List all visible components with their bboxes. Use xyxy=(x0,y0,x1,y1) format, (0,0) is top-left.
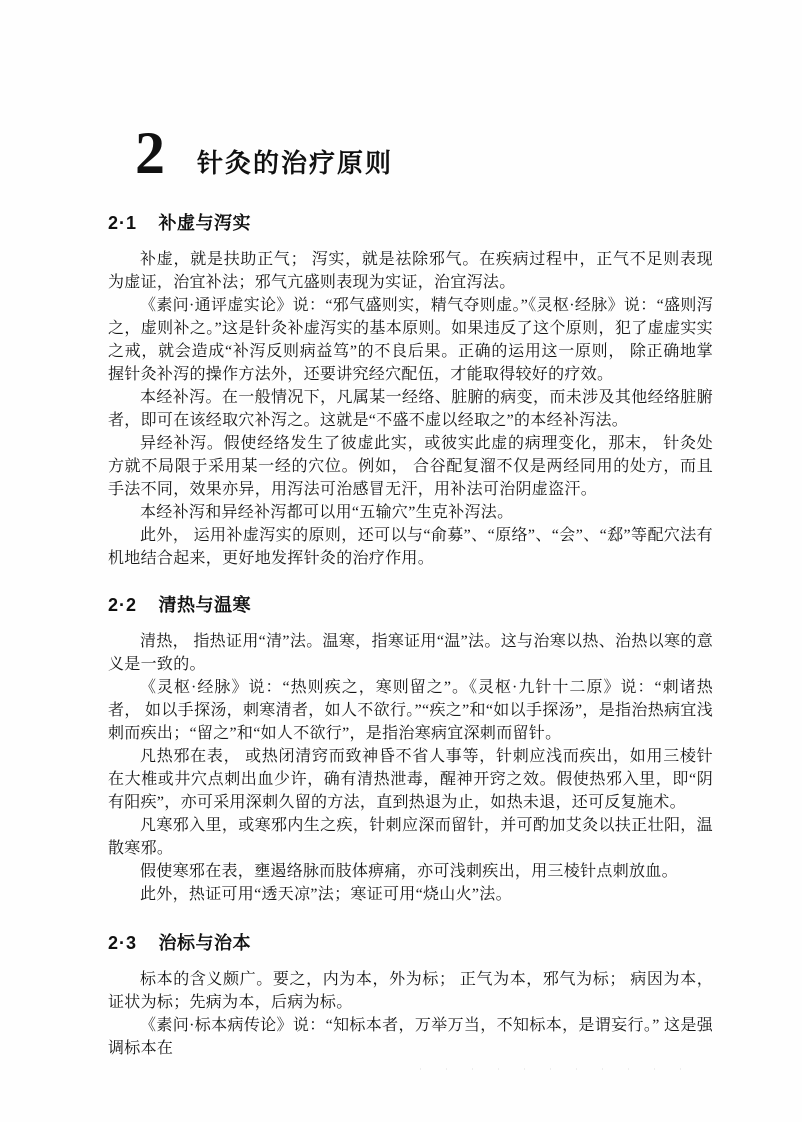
paragraph: 本经补泻。在一般情况下，凡属某一经络、脏腑的病变，而未涉及其他经络脏腑者，即可在… xyxy=(108,386,713,432)
section-qingre-wenhan: 2·2 清热与温寒 清热， 指热证用“清”法。温寒，指寒证用“温”法。这与治寒以… xyxy=(108,594,713,906)
paragraph: 此外， 运用补虚泻实的原则，还可以与“俞募”、“原络”、“会”、“郄”等配穴法有… xyxy=(108,524,713,570)
section-number: 2·3 xyxy=(108,932,137,954)
paragraph: 《素问·通评虚实论》说：“邪气盛则实，精气夺则虚。”《灵枢·经脉》说：“盛则泻之… xyxy=(108,294,713,386)
section-zhibiao-zhiben: 2·3 治标与治本 标本的含义颇广。要之，内为本，外为标； 正气为本，邪气为标；… xyxy=(108,932,713,1060)
section-number: 2·2 xyxy=(108,594,137,616)
paragraph: 《灵枢·经脉》说：“热则疾之，寒则留之”。《灵枢·九针十二原》说：“刺诸热者， … xyxy=(108,676,713,745)
paragraph: 《素问·标本病传论》说：“知标本者，万举万当，不知标本，是谓妄行。” 这是强调标… xyxy=(108,1014,713,1060)
chapter-title: 针灸的治疗原则 xyxy=(197,148,393,178)
section-number: 2·1 xyxy=(108,212,137,234)
section-title: 清热与温寒 xyxy=(159,595,252,615)
section-buxu-xieshi: 2·1 补虚与泻实 补虚，就是扶助正气； 泻实，就是祛除邪气。在疾病过程中，正气… xyxy=(108,212,713,570)
paragraph: 本经补泻和异经补泻都可以用“五输穴”生克补泻法。 xyxy=(108,501,713,524)
section-heading: 2·3 治标与治本 xyxy=(108,932,713,954)
paragraph: 补虚，就是扶助正气； 泻实，就是祛除邪气。在疾病过程中，正气不足则表现为虚证，治… xyxy=(108,248,713,294)
paragraph: 凡寒邪入里，或寒邪内生之疾，针刺应深而留针，并可酌加艾灸以扶正壮阳，温散寒邪。 xyxy=(108,814,713,860)
paragraph: 异经补泻。假使经络发生了彼虚此实，或彼实此虚的病理变化，那末， 针灸处方就不局限… xyxy=(108,432,713,501)
paragraph: 凡热邪在表， 或热闭清窍而致神昏不省人事等，针刺应浅而疾出，如用三棱针在大椎或井… xyxy=(108,745,713,814)
scan-artifact xyxy=(420,1068,700,1070)
section-heading: 2·1 补虚与泻实 xyxy=(108,212,713,234)
book-page: 2 针灸的治疗原则 2·1 补虚与泻实 补虚，就是扶助正气； 泻实，就是祛除邪气… xyxy=(0,0,802,1122)
paragraph: 假使寒邪在表，壅遏络脉而肢体痹痛，亦可浅刺疾出，用三棱针点刺放血。 xyxy=(108,860,713,883)
section-heading: 2·2 清热与温寒 xyxy=(108,594,713,616)
paragraph: 清热， 指热证用“清”法。温寒，指寒证用“温”法。这与治寒以热、治热以寒的意义是… xyxy=(108,630,713,676)
section-title: 治标与治本 xyxy=(159,933,252,953)
chapter-heading: 2 针灸的治疗原则 xyxy=(135,126,713,180)
paragraph: 标本的含义颇广。要之，内为本，外为标； 正气为本，邪气为标； 病因为本，证状为标… xyxy=(108,968,713,1014)
section-title: 补虚与泻实 xyxy=(159,213,252,233)
chapter-number: 2 xyxy=(135,126,165,180)
paragraph: 此外，热证可用“透天凉”法；寒证可用“烧山火”法。 xyxy=(108,883,713,906)
